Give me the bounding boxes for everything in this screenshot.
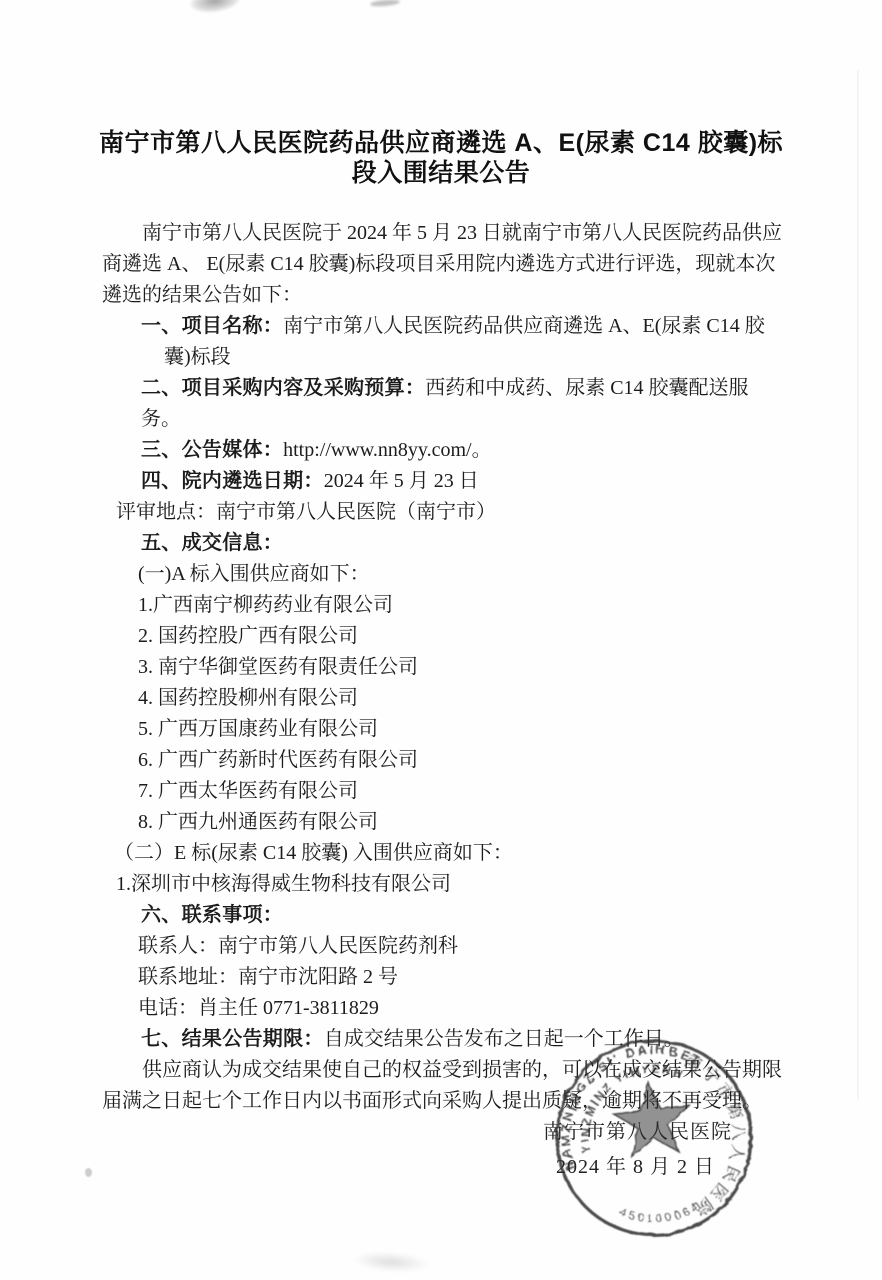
- section-7-label: 七、结果公告期限：: [141, 1028, 324, 1050]
- svg-text:南宁市第八人民医院: 南宁市第八人民医院: [673, 1046, 757, 1222]
- section-item-4: 四、院内遴选日期：2024 年 5 月 23 日: [141, 466, 782, 497]
- contact-person-line: 联系人：南宁市第八人民医院药剂科: [138, 931, 782, 962]
- document-body: 南宁市第八人民医院于 2024 年 5 月 23 日就南宁市第八人民医院药品供应…: [102, 218, 782, 1117]
- star-icon: [610, 1078, 693, 1158]
- scan-artifact-smudge-bottom: [351, 1249, 430, 1274]
- supplier-a-item: 6. 广西广药新时代医药有限公司: [138, 745, 782, 776]
- section-4-label: 四、院内遴选日期：: [141, 470, 324, 492]
- supplier-a-item: 7. 广西太华医药有限公司: [138, 776, 782, 807]
- scan-artifact-smudge: [189, 0, 242, 15]
- section-5-label: 五、成交信息：: [141, 532, 283, 554]
- section-3-text announcement-url: http://www.nn8yy.com/。: [283, 439, 492, 461]
- supplier-a-item: 5. 广西万国康药业有限公司: [138, 714, 782, 745]
- svg-text:450100064: 450100064: [617, 1198, 705, 1230]
- supplier-a-item: 4. 国药控股柳州有限公司: [138, 683, 782, 714]
- section-2-label: 二、项目采购内容及采购预算：: [141, 377, 425, 399]
- official-stamp: NAMZNINGZ SI' DAIHBET YINZMINZ YIHYENH 南…: [527, 1011, 782, 1266]
- supplier-e-item: 1.深圳市中核海得威生物科技有限公司: [116, 869, 782, 900]
- contact-address-line: 联系地址：南宁市沈阳路 2 号: [138, 962, 782, 993]
- supplier-a-item: 8. 广西九州通医药有限公司: [138, 807, 782, 838]
- group-e-heading: （二）E 标(尿素 C14 胶囊) 入围供应商如下：: [114, 838, 782, 869]
- supplier-a-item: 1.广西南宁柳药药业有限公司: [138, 590, 782, 621]
- section-1-label: 一、项目名称：: [141, 315, 283, 337]
- scan-artifact-edge-line: [857, 70, 859, 1100]
- document-title: 南宁市第八人民医院药品供应商遴选 A、E(尿素 C14 胶囊)标段入围结果公告: [91, 128, 791, 188]
- supplier-a-item: 3. 南宁华御堂医药有限责任公司: [138, 652, 782, 683]
- section-4-text: 2024 年 5 月 23 日: [324, 470, 479, 492]
- group-a-heading: (一)A 标入围供应商如下：: [138, 559, 782, 590]
- review-location-line: 评审地点：南宁市第八人民医院（南宁市）: [116, 497, 782, 528]
- stamp-chinese-text: 南宁市第八人民医院: [673, 1046, 757, 1222]
- scanned-document-page: 南宁市第八人民医院药品供应商遴选 A、E(尿素 C14 胶囊)标段入围结果公告 …: [0, 0, 882, 1280]
- section-item-6: 六、联系事项：: [141, 900, 782, 931]
- section-item-2: 二、项目采购内容及采购预算：西药和中成药、尿素 C14 胶囊配送服务。: [141, 373, 782, 435]
- stamp-code: 450100064: [617, 1198, 705, 1230]
- section-item-5: 五、成交信息：: [141, 528, 782, 559]
- scan-artifact-speck: [85, 1168, 92, 1177]
- section-item-3: 三、公告媒体：http://www.nn8yy.com/。: [141, 435, 782, 466]
- intro-paragraph: 南宁市第八人民医院于 2024 年 5 月 23 日就南宁市第八人民医院药品供应…: [102, 218, 782, 311]
- scan-artifact-dash: [370, 0, 400, 7]
- section-3-label: 三、公告媒体：: [141, 439, 283, 461]
- section-6-label: 六、联系事项：: [141, 904, 283, 926]
- section-item-1: 一、项目名称：南宁市第八人民医院药品供应商遴选 A、E(尿素 C14 胶囊)标段: [102, 311, 782, 373]
- supplier-a-item: 2. 国药控股广西有限公司: [138, 621, 782, 652]
